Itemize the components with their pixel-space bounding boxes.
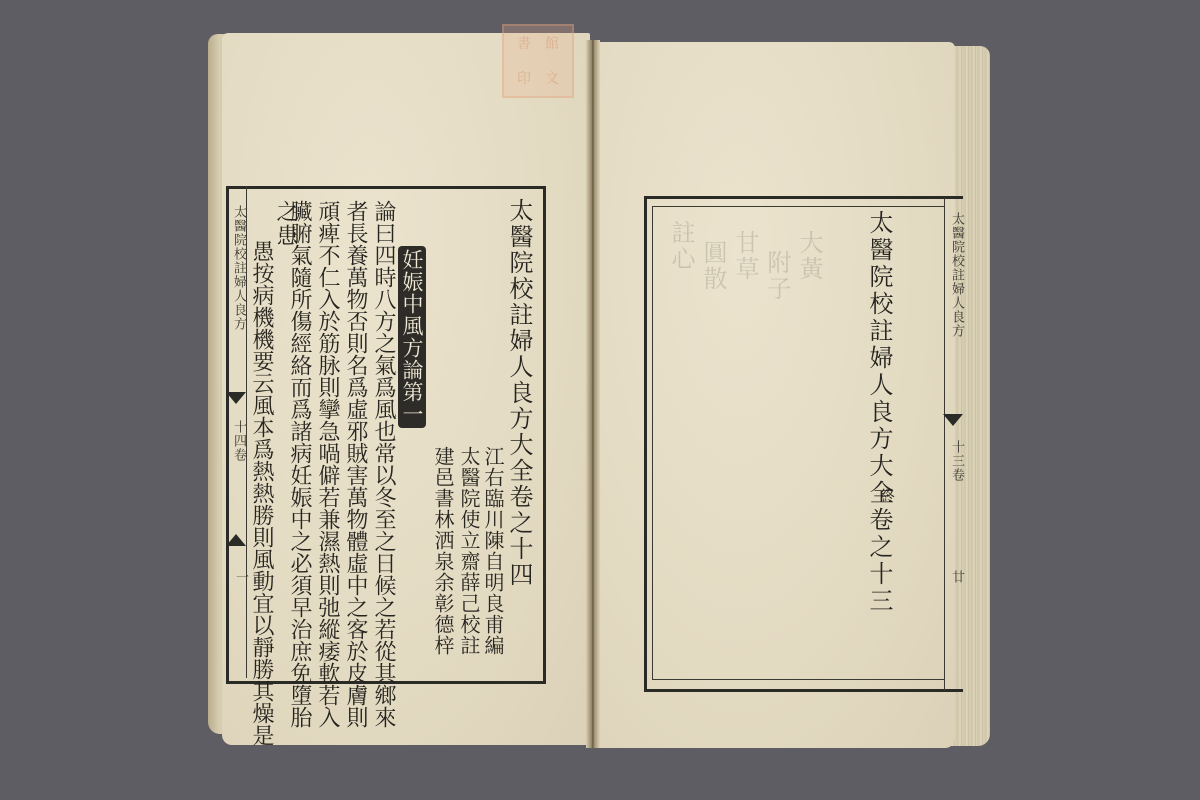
seal-char: 文	[538, 71, 566, 87]
volume-title-column: 太醫院校註婦人良方大全卷之十四	[506, 198, 532, 588]
left-banxin-volume: 十四卷	[229, 420, 248, 462]
right-banxin-title: 太醫院校註婦人良方	[947, 212, 966, 338]
fishtail-mark-icon	[226, 392, 246, 404]
right-banxin-volume: 十三卷	[947, 440, 966, 482]
fishtail-mark-icon	[943, 414, 963, 426]
end-mark: 終	[874, 488, 900, 505]
library-seal-stamp: 書 館 印 文	[502, 24, 574, 98]
right-banxin-page: 廿	[947, 570, 966, 584]
bleed-through-text: 圓散	[700, 240, 726, 292]
seal-char: 館	[538, 36, 566, 52]
bleed-through-text: 甘草	[732, 230, 758, 282]
book-gutter	[586, 40, 600, 748]
compiler-attribution: 江右臨川陳自明良甫編	[480, 446, 506, 656]
left-banxin-title: 太醫院校註婦人良方	[229, 205, 248, 331]
bleed-through-text: 註心	[668, 220, 694, 272]
body-text-column: 頑痺不仁入於筋脉則攣急喎僻若兼濕熱則弛縱痿軟若入	[314, 200, 340, 728]
section-heading: 妊娠中風方論第一	[399, 249, 425, 425]
seal-char: 書	[510, 36, 538, 52]
body-text-column: 者長養萬物否則名爲虛邪賊害萬物體虛中之客於皮膚則	[342, 200, 368, 728]
open-book: 書 館 印 文 太醫院校註婦人良方 十四卷 一 太醫院校註婦人良方大全卷之十四 …	[0, 0, 1200, 800]
bleed-through-text: 附子	[764, 250, 790, 302]
section-heading-cartouche: 妊娠中風方論第一	[398, 246, 426, 428]
annotator-attribution: 太醫院使立齋薛己校註	[456, 446, 482, 656]
commentary-text-column: 愚按病機機要云風本爲熱熱勝則風動宜以靜勝其燥是	[248, 240, 274, 746]
bleed-through-text: 大黃	[796, 230, 822, 282]
seal-char: 印	[510, 71, 538, 87]
fishtail-mark-icon	[226, 534, 246, 546]
body-text-column: 臟腑氣隨所傷經絡而爲諸病妊娠中之必須早治庶免墮胎	[286, 200, 312, 728]
body-text-column: 論曰四時八方之氣爲風也常以冬至之日候之若從其鄉來	[370, 200, 396, 728]
body-text-column: 之患	[272, 200, 298, 248]
volume-closing-column: 太醫院校註婦人良方大全卷之十三	[866, 210, 892, 615]
publisher-attribution: 建邑書林洒泉余彰德梓	[430, 446, 456, 656]
